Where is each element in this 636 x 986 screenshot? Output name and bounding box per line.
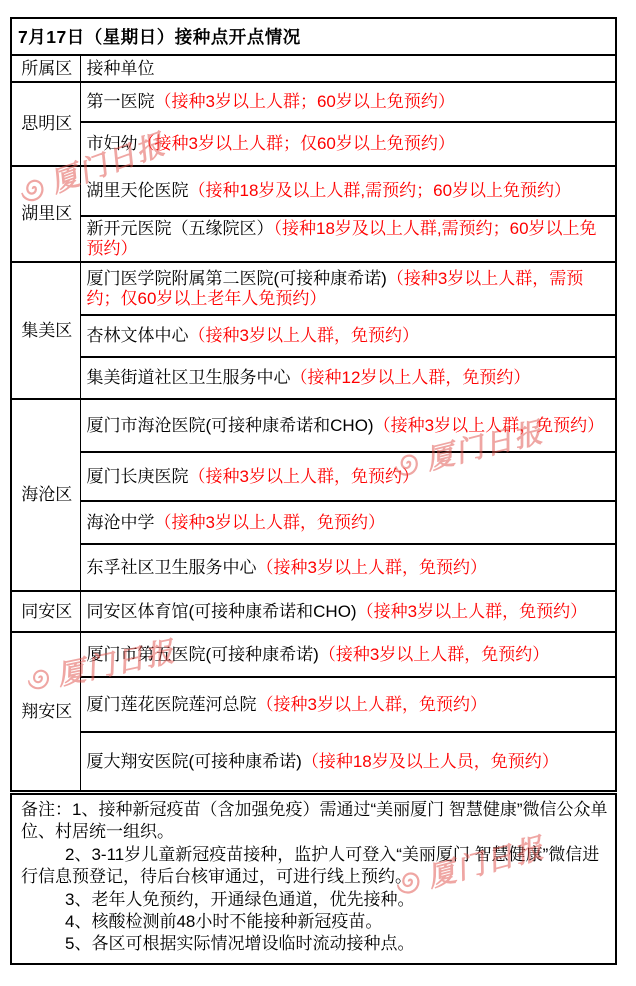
table-row: 新开元医院（五缘院区）（接种18岁及以上人群,需预约；60岁以上免预约） xyxy=(11,216,616,262)
unit-cell: 厦门市第五医院(可接种康希诺)（接种3岁以上人群，免预约） xyxy=(80,632,616,677)
note-line: 3、老年人免预约，开通绿色通道，优先接种。 xyxy=(21,889,609,911)
unit-name: 厦门市海沧医院(可接种康希诺和CHO) xyxy=(87,416,374,435)
unit-name: 东孚社区卫生服务中心 xyxy=(87,558,257,577)
unit-name: 同安区体育馆(可接种康希诺和CHO) xyxy=(87,602,357,621)
column-header-unit: 接种单位 xyxy=(80,55,616,82)
table-row: 集美区 厦门医学院附属第二医院(可接种康希诺)（接种3岁以上人群，需预约；仅60… xyxy=(11,262,616,315)
column-header-region: 所属区 xyxy=(11,55,80,82)
unit-note: （接种18岁及以上人员，免预约） xyxy=(302,752,559,771)
unit-note: （接种3岁以上人群，免预约） xyxy=(155,513,385,532)
unit-name: 厦门医学院附属第二医院(可接种康希诺) xyxy=(87,269,387,288)
note-line: 4、核酸检测前48小时不能接种新冠疫苗。 xyxy=(21,911,609,933)
unit-name: 市妇幼 xyxy=(87,134,138,153)
unit-note: （接种3岁以上人群；60岁以上免预约） xyxy=(155,92,455,111)
unit-name: 厦门长庚医院 xyxy=(87,467,189,486)
region-cell: 海沧区 xyxy=(11,399,80,591)
unit-note: （接种3岁以上人群，免预约） xyxy=(189,326,419,345)
region-cell: 同安区 xyxy=(11,591,80,632)
note-line: 5、各区可根据实际情况增设临时流动接种点。 xyxy=(21,933,609,955)
unit-note: （接种3岁以上人群，免预约） xyxy=(257,558,487,577)
table-row: 厦大翔安医院(可接种康希诺)（接种18岁及以上人员，免预约） xyxy=(11,732,616,791)
table-row: 厦门长庚医院（接种3岁以上人群，免预约） xyxy=(11,452,616,501)
unit-name: 第一医院 xyxy=(87,92,155,111)
unit-cell: 同安区体育馆(可接种康希诺和CHO)（接种3岁以上人群，免预约） xyxy=(80,591,616,632)
table-row: 集美街道社区卫生服务中心（接种12岁以上人群，免预约） xyxy=(11,357,616,399)
unit-name: 杏林文体中心 xyxy=(87,326,189,345)
unit-note: （接种3岁以上人群，免预约） xyxy=(189,467,419,486)
unit-note: （接种3岁以上人群；仅60岁以上免预约） xyxy=(138,134,455,153)
table-row: 同安区 同安区体育馆(可接种康希诺和CHO)（接种3岁以上人群，免预约） xyxy=(11,591,616,632)
header-row: 所属区 接种单位 xyxy=(11,55,616,82)
note-line: 2、3-11岁儿童新冠疫苗接种，监护人可登入“美丽厦门 智慧健康”微信进行信息预… xyxy=(21,844,609,889)
table-row: 杏林文体中心（接种3岁以上人群，免预约） xyxy=(11,315,616,357)
region-cell: 翔安区 xyxy=(11,632,80,791)
unit-name: 新开元医院（五缘院区） xyxy=(87,219,274,238)
page: 7月17日（星期日）接种点开点情况 所属区 接种单位 思明区 第一医院（接种3岁… xyxy=(0,0,636,986)
unit-note: （接种3岁以上人群，免预约） xyxy=(357,602,587,621)
unit-note: （接种3岁以上人群，免预约） xyxy=(257,695,487,714)
unit-name: 集美街道社区卫生服务中心 xyxy=(87,368,291,387)
table-row: 市妇幼（接种3岁以上人群；仅60岁以上免预约） xyxy=(11,122,616,166)
table-row: 东孚社区卫生服务中心（接种3岁以上人群，免预约） xyxy=(11,544,616,591)
unit-name: 海沧中学 xyxy=(87,513,155,532)
unit-cell: 东孚社区卫生服务中心（接种3岁以上人群，免预约） xyxy=(80,544,616,591)
table-row: 思明区 第一医院（接种3岁以上人群；60岁以上免预约） xyxy=(11,82,616,122)
unit-name: 厦门莲花医院莲河总院 xyxy=(87,695,257,714)
unit-note: （接种3岁以上人群，免预约） xyxy=(374,416,604,435)
unit-cell: 第一医院（接种3岁以上人群；60岁以上免预约） xyxy=(80,82,616,122)
unit-cell: 厦门医学院附属第二医院(可接种康希诺)（接种3岁以上人群，需预约；仅60岁以上老… xyxy=(80,262,616,315)
note-line: 备注：1、接种新冠疫苗（含加强免疫）需通过“美丽厦门 智慧健康”微信公众单位、村… xyxy=(21,799,609,844)
unit-cell: 集美街道社区卫生服务中心（接种12岁以上人群，免预约） xyxy=(80,357,616,399)
table-row: 湖里区 湖里天伦医院（接种18岁及以上人群,需预约；60岁以上免预约） xyxy=(11,166,616,216)
table-row: 海沧中学（接种3岁以上人群，免预约） xyxy=(11,501,616,544)
unit-cell: 海沧中学（接种3岁以上人群，免预约） xyxy=(80,501,616,544)
unit-cell: 新开元医院（五缘院区）（接种18岁及以上人群,需预约；60岁以上免预约） xyxy=(80,216,616,262)
unit-cell: 湖里天伦医院（接种18岁及以上人群,需预约；60岁以上免预约） xyxy=(80,166,616,216)
unit-note: （接种3岁以上人群，免预约） xyxy=(319,645,549,664)
region-cell: 湖里区 xyxy=(11,166,80,262)
table-row: 厦门莲花医院莲河总院（接种3岁以上人群，免预约） xyxy=(11,677,616,732)
region-cell: 思明区 xyxy=(11,82,80,166)
table-row: 翔安区 厦门市第五医院(可接种康希诺)（接种3岁以上人群，免预约） xyxy=(11,632,616,677)
unit-note: （接种18岁及以上人群,需预约；60岁以上免预约） xyxy=(189,181,572,200)
unit-name: 厦大翔安医院(可接种康希诺) xyxy=(87,752,302,771)
unit-note: （接种12岁以上人群，免预约） xyxy=(291,368,531,387)
unit-cell: 厦大翔安医院(可接种康希诺)（接种18岁及以上人员，免预约） xyxy=(80,732,616,791)
unit-name: 湖里天伦医院 xyxy=(87,181,189,200)
unit-cell: 厦门莲花医院莲河总院（接种3岁以上人群，免预约） xyxy=(80,677,616,732)
unit-cell: 杏林文体中心（接种3岁以上人群，免预约） xyxy=(80,315,616,357)
vaccination-schedule-table: 7月17日（星期日）接种点开点情况 所属区 接种单位 思明区 第一医院（接种3岁… xyxy=(10,17,617,792)
unit-cell: 厦门长庚医院（接种3岁以上人群，免预约） xyxy=(80,452,616,501)
unit-cell: 市妇幼（接种3岁以上人群；仅60岁以上免预约） xyxy=(80,122,616,166)
notes-box: 备注：1、接种新冠疫苗（含加强免疫）需通过“美丽厦门 智慧健康”微信公众单位、村… xyxy=(10,793,617,965)
unit-cell: 厦门市海沧医院(可接种康希诺和CHO)（接种3岁以上人群，免预约） xyxy=(80,399,616,452)
title-row: 7月17日（星期日）接种点开点情况 xyxy=(11,18,616,55)
table-row: 海沧区 厦门市海沧医院(可接种康希诺和CHO)（接种3岁以上人群，免预约） xyxy=(11,399,616,452)
unit-name: 厦门市第五医院(可接种康希诺) xyxy=(87,645,319,664)
table-title: 7月17日（星期日）接种点开点情况 xyxy=(11,18,616,55)
region-cell: 集美区 xyxy=(11,262,80,399)
